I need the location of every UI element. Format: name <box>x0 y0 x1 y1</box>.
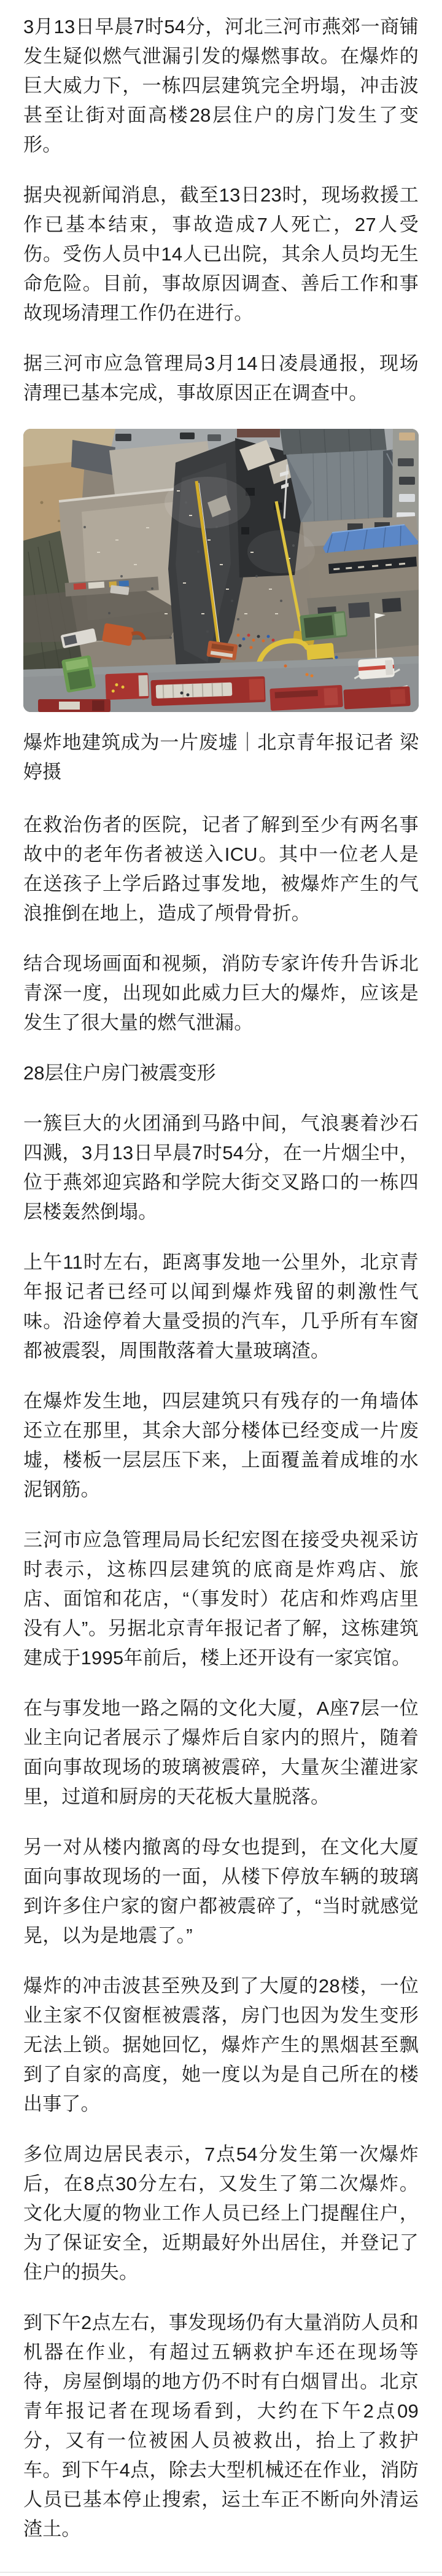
paragraph: 三河市应急管理局局长纪宏图在接受央视采访时表示，这栋四层建筑的底商是炸鸡店、旅店… <box>23 1525 419 1673</box>
section-subheading: 28层住户房门被震变形 <box>23 1059 419 1088</box>
ladder-truck <box>150 676 265 706</box>
paragraph: 到下午2点左右，事发现场仍有大量消防人员和机器在作业，有超过五辆救护车还在现场等… <box>23 2308 419 2544</box>
news-article: 3月13日早晨7时54分，河北三河市燕郊一商铺发生疑似燃气泄漏引发的爆燃事故。在… <box>23 12 419 2573</box>
section-divider <box>0 2572 442 2573</box>
paragraph: 爆炸的冲击波甚至殃及到了大厦的28楼，一位业主家不仅窗框被震落，房门也因为发生变… <box>23 1971 419 2119</box>
paragraph: 另一对从楼内撤离的母女也提到，在文化大厦面向事故现场的一面，从楼下停放车辆的玻璃… <box>23 1833 419 1951</box>
paragraph: 3月13日早晨7时54分，河北三河市燕郊一商铺发生疑似燃气泄漏引发的爆燃事故。在… <box>23 12 419 160</box>
dust-haze <box>247 530 315 573</box>
dust-haze <box>165 477 250 528</box>
ambulance <box>358 657 395 679</box>
paragraph: 在救治伤者的医院，记者了解到至少有两名事故中的老年伤者被送入ICU。其中一位老人… <box>23 810 419 928</box>
paragraph: 结合现场画面和视频，消防专家许传升告诉北青深一度，出现如此威力巨大的爆炸，应该是… <box>23 949 419 1038</box>
paragraph: 上午11时左右，距离事发地一公里外，北京青年报记者已经可以闻到爆炸残留的刺激性气… <box>23 1248 419 1366</box>
photo-caption: 爆炸地建筑成为一片废墟｜北京青年报记者 梁婷摄 <box>23 728 419 787</box>
explosion-site-photo[interactable] <box>23 429 419 712</box>
paragraph: 在爆炸发生地，四层建筑只有残存的一角墙体还立在那里，其余大部分楼体已经变成一片废… <box>23 1387 419 1505</box>
paragraph: 据央视新闻消息，截至13日23时，现场救援工作已基本结束，事故造成7人死亡，27… <box>23 181 419 328</box>
paragraph: 据三河市应急管理局3月14日凌晨通报，现场清理已基本完成，事故原因正在调查中。 <box>23 349 419 408</box>
paragraph: 一簇巨大的火团涌到马路中间，气浪裹着沙石四溅，3月13日早晨7时54分，在一片烟… <box>23 1109 419 1227</box>
article-page: 3月13日早晨7时54分，河北三河市燕郊一商铺发生疑似燃气泄漏引发的爆燃事故。在… <box>0 0 442 2576</box>
paragraph: 多位周边居民表示，7点54分发生第一次爆炸后，在8点30分左右，又发生了第二次爆… <box>23 2140 419 2287</box>
aerial-scene-illustration <box>23 429 419 712</box>
paragraph: 在与事发地一路之隔的文化大厦，A座7层一位业主向记者展示了爆炸后自家内的照片，随… <box>23 1694 419 1812</box>
